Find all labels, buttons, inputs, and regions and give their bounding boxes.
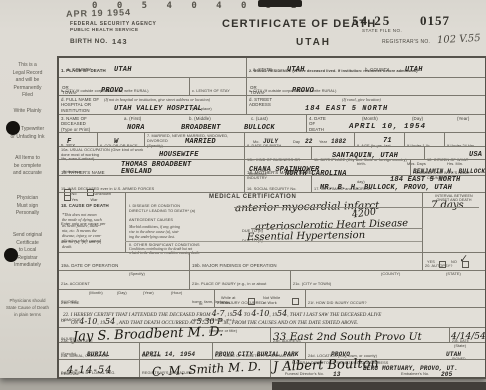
field-sex: 5. SEX F	[59, 132, 97, 146]
certify-text: , 19	[269, 312, 277, 318]
residence-city-value: PROVO	[292, 88, 314, 95]
year-label: (Year)	[457, 116, 469, 121]
certify-hand-lastseen: 4-10	[79, 317, 97, 326]
last-label: c. (Last)	[251, 116, 268, 121]
while-at-work-checkbox	[248, 298, 255, 305]
year-label: Year	[319, 140, 327, 145]
state-label: (State)	[454, 344, 466, 349]
field-burial-type: 24a. BURIAL, CREMATION, REMOVAL (Specify…	[59, 342, 139, 359]
state-title: UTAH	[296, 38, 331, 48]
field-age: 9. AGE (In yrs. last birth- day) 71	[354, 132, 404, 146]
disease-condition-label: I. DISEASE OR CONDITION DIRECTLY LEADING…	[129, 204, 195, 213]
first-name-value: NORA	[127, 125, 145, 132]
ink-smudge	[258, 0, 302, 7]
or-town-label: OR TOWN	[250, 85, 264, 96]
specify-label: (Specify)	[129, 272, 145, 277]
certify-hand-yr2: 54	[277, 309, 287, 318]
county-label: a. COUNTY	[67, 67, 91, 72]
field-note: (If not in hospital or institution, give…	[104, 97, 239, 102]
injury-state-label: (STATE)	[446, 272, 461, 277]
field-ssn: 16. SOCIAL SECURITY No.	[244, 175, 311, 192]
field-label: 21f. HOW DID INJURY OCCUR?	[308, 301, 367, 305]
date-of-death-value: APRIL 10, 1954	[349, 124, 426, 132]
field-date-of-operation: 19a. DATE OF OPERATION	[59, 252, 189, 270]
certificate-paper: 0 0 5 4 0 4 0 5 1 APR 19 1954 FEDERAL SE…	[0, 0, 486, 378]
street-value: 184 EAST 5 NORTH	[305, 106, 388, 113]
rule-line	[251, 228, 423, 229]
field-registrar-signature: REGISTRAR'S SIGNATURE C. M. Smith M. D.	[139, 359, 270, 377]
margin-note-plain-terms: Physicians should State Cause of Death i…	[0, 298, 55, 318]
field-label: 19a. DATE OF OPERATION	[61, 263, 118, 268]
field-date-received: DATE REC'D BY LOCAL REG. 4-14-54	[59, 359, 139, 377]
date-received-stamp: APR 19 1954	[66, 8, 131, 19]
last-name-value: BULLOCK	[244, 125, 275, 132]
middle-name-value: BROADBENT	[181, 125, 221, 132]
birth-year-value: 1882	[331, 139, 346, 145]
or-town-label: OR TOWN	[62, 85, 76, 96]
state-label: a. STATE	[253, 67, 272, 72]
cemetery-value: PROVO CITY BURIAL PARK	[215, 352, 299, 358]
field-street-address: d. STREET ADDRESS (If rural, give locati…	[246, 95, 485, 114]
mo-label: Mo.	[253, 140, 260, 145]
scanned-death-certificate: 0 0 5 4 0 4 0 5 1 APR 19 1954 FEDERAL SE…	[0, 0, 486, 390]
death-city-value: PROVO	[101, 88, 123, 95]
field-time-of-injury: 21d. TIME OF INJURY (Month) (Day) (Year)…	[59, 289, 214, 307]
res-county-label: b. COUNTY	[365, 67, 389, 72]
birth-no-label: BIRTH NO.	[70, 39, 108, 46]
certify-hand-to: 4-10	[251, 309, 269, 318]
field-autopsy: 20. AUTOPSY? YES NO ✓	[422, 252, 485, 270]
specify-label: (Specify)	[61, 352, 76, 356]
fd-no-label: Funeral Director's No.	[285, 372, 324, 377]
margin-note-write-plainly: Write Plainly	[0, 108, 55, 116]
field-accident-suicide-homicide: 21a. ACCIDENT SUICIDE HOMICIDE (Specify)	[59, 270, 189, 289]
field-label: 16. SOCIAL SECURITY No.	[247, 187, 297, 191]
embalmer-no-label: Embalmer's No.	[401, 372, 429, 377]
field-informant: 17. INFORMANT and ADDRESS 184 EAST 5 NOR…	[311, 175, 485, 192]
marital-value: MARRIED	[185, 139, 216, 146]
field-residence-city: c. CITY (If outside corporate limits, wr…	[246, 77, 485, 95]
field-spouse: HUSBAND'S OR WIFE'S NAME BENJAMIN H. BUL…	[410, 159, 485, 175]
field-label: d. STREET ADDRESS	[249, 97, 272, 108]
punch-hole	[6, 121, 20, 135]
hospital-value: UTAH VALLEY HOSPITAL	[114, 106, 202, 113]
birthplace-label: Birthplace	[63, 170, 81, 175]
field-father: 13. FATHER'S NAME THOMAS BROADBENT Birth…	[59, 159, 244, 175]
field-physician-signature: 23a. SIGNATURE (Degree or title) Jay S. …	[59, 327, 270, 342]
race-value: W	[114, 139, 118, 146]
field-cemetery: 24c. NAME OF CEMETERY or CREMATORY PROVO…	[212, 342, 305, 359]
registrar-signature-handwriting: C. M. Smith M. D.	[152, 360, 262, 378]
while-at-work-label: While at Work	[221, 296, 236, 305]
death-county-value: UTAH	[114, 67, 132, 74]
autopsy-no-handmark: ✓	[458, 254, 468, 265]
field-occupation: 10a. USUAL OCCUPATION (Give kind of work…	[59, 146, 244, 159]
field-label: 21c. (CITY or TOWN)	[293, 282, 331, 286]
occupation-value: HOUSEWIFE	[159, 152, 199, 159]
morbid-note: Morbid conditions, if any, giving rise t…	[129, 225, 180, 240]
sex-value: F	[67, 139, 71, 146]
field-usual-residence: 2. USUAL RESIDENCE (Where deceased lived…	[246, 58, 485, 77]
field-deceased-name: 3. NAME OF DECEASED (Type or Print) a. (…	[59, 114, 306, 132]
field-burial-location: 24d. LOCATION (City, town, or county) (S…	[305, 342, 485, 359]
field-label: 2. USUAL RESIDENCE (Where deceased lived…	[249, 69, 418, 73]
not-while-label: Not While at Work	[263, 296, 280, 305]
m-label: m.	[199, 302, 203, 307]
birth-day-value: 22	[305, 139, 313, 145]
injury-county-label: (COUNTY)	[381, 272, 400, 277]
birth-month-value: JULY	[263, 139, 278, 145]
field-date-of-birth: 8. DATE OF BIRTH Mo. JULY Day 22 Year 18…	[244, 132, 354, 146]
date-signed-handwriting: 4/14/54	[451, 333, 486, 342]
certify-text: TO	[244, 312, 250, 318]
embalmer-no-value: 205	[441, 372, 452, 378]
day-label: Day	[293, 140, 300, 145]
field-date-of-death: 4. DATE OF DEATH (Month) (Day) (Year) AP…	[306, 114, 485, 132]
field-death-city: b. CITY (If outside corporate limits, wr…	[59, 77, 189, 95]
middle-label: b. (Middle)	[189, 116, 211, 121]
registrar-no-label: REGISTRAR'S NO.	[382, 40, 430, 45]
autopsy-yes-checkbox	[439, 261, 446, 268]
punch-hole	[4, 248, 18, 262]
autopsy-yes-label: YES	[427, 260, 435, 265]
registrar-no-value: 102 V.55	[437, 34, 481, 46]
field-hospital: d. FULL NAME OF HOSPITAL OR INSTITUTION …	[59, 95, 246, 114]
field-business: 10b. KIND OF BUSINESS OR INDUSTRY	[244, 146, 311, 159]
certify-hand-yr1: 54	[232, 309, 242, 318]
field-place-of-death: 1. PLACE OF DEATH a. COUNTY UTAH	[59, 58, 246, 77]
field-under-1yr: If Under 1 Yr. Mos. Days	[404, 132, 444, 146]
not-while-checkbox	[292, 298, 299, 305]
field-funeral-director: 25. FUNERAL DIRECTOR'S SIGNATURE AND ADD…	[270, 359, 485, 377]
field-label: d. FULL NAME OF HOSPITAL OR INSTITUTION	[61, 97, 99, 113]
field-under-24hrs: If Under 24 Hrs. Hrs. Min.	[444, 132, 485, 146]
field-physician-address: 23b. ADDRESS 33 East 2nd South Provo Ut	[270, 327, 449, 342]
field-race: 6. COLOR OR RACE W	[97, 132, 144, 146]
field-how-injury-occurred: 21f. HOW DID INJURY OCCUR?	[305, 289, 485, 307]
state-file-no-b: 0157	[420, 14, 450, 27]
date-received-handwriting: 4-14-54	[67, 366, 113, 376]
burial-value: BURIAL	[87, 352, 110, 358]
field-label: 4. DATE OF DEATH	[309, 116, 326, 132]
certify-text: , 19	[97, 320, 105, 326]
medical-certification-title: MEDICAL CERTIFICATION	[209, 194, 296, 201]
field-label: 19b. MAJOR FINDINGS OF OPERATION	[192, 263, 277, 268]
interval-a-handwriting: 7 days	[431, 201, 464, 211]
margin-note-physician-sign: Physician Must sign Personally	[0, 195, 55, 218]
agency-line2: PUBLIC HEALTH SERVICE	[70, 27, 139, 33]
burial-state-value: UTAH	[446, 352, 461, 358]
burial-date-value: APRIL 14, 1954	[142, 352, 195, 358]
field-operation-findings: 19b. MAJOR FINDINGS OF OPERATION	[189, 252, 422, 270]
physician-address-handwriting: 33 East 2nd South Provo Ut	[273, 332, 422, 343]
year-label: (Year)	[143, 291, 154, 296]
citizen-value: USA	[469, 152, 482, 159]
informant-address-value: 184 EAST 5 NORTH	[390, 177, 460, 184]
hour-label: (Hour)	[171, 291, 182, 296]
scanner-shadow-bar	[272, 382, 486, 390]
field-armed-forces: 15. WAS DECEASED ever in U.S. ARMED FORC…	[59, 175, 244, 192]
certify-text: .M., FROM THE CAUSES AND ON THE DATE STA…	[223, 320, 359, 326]
residence-county-value: UTAH	[405, 67, 423, 74]
field-certify-statement: 22. I HEREBY CERTIFY THAT I ATTENDED THE…	[59, 307, 485, 327]
age-value: 71	[383, 138, 392, 145]
residence-state-value: UTAH	[287, 67, 305, 74]
state-file-no-a: 54 25	[352, 14, 391, 27]
cause-note-2: *This does not mean the mode of dying, s…	[62, 212, 102, 249]
autopsy-no-label: NO	[451, 260, 457, 265]
field-date-signed: 23c. DATE SIGNED 4/14/54	[449, 327, 485, 342]
certificate-form: 1. PLACE OF DEATH a. COUNTY UTAH 2. USUA…	[57, 56, 486, 379]
field-citizen: 12. CITIZEN OF WHAT COUNTRY USA	[424, 146, 485, 159]
physician-signature-handwriting: Jay S. Broadbent M. D.	[73, 325, 224, 343]
month-label: (Month)	[362, 116, 378, 121]
day-label: (Day)	[412, 116, 423, 121]
field-birthplace: 11. BIRTHPLACE (City and State or foreig…	[311, 146, 424, 159]
antecedent-label: ANTECEDENT CAUSES	[129, 218, 173, 223]
field-burial-date: 24b. DATE APRIL 14, 1954	[139, 342, 212, 359]
certify-text: ON	[71, 320, 78, 326]
state-file-label: STATE FILE NO.	[362, 29, 402, 34]
birth-no-value: 143	[112, 38, 128, 46]
rule-line	[234, 207, 479, 208]
field-injury-city: 21c. (CITY or TOWN) (COUNTY) (STATE)	[290, 270, 485, 289]
field-mother: 14. MOTHER'S MAIDEN NAME CHANA SPAINHOWE…	[244, 159, 410, 175]
certify-hand-yr3: 54	[105, 317, 115, 326]
first-label: a. (First)	[124, 116, 141, 121]
margin-note-all-items: All Items to be complete and accurate	[0, 155, 55, 178]
informant-name-value: MR. B. H. BULLOCK, PROVO, UTAH	[320, 185, 452, 192]
day-label: (Day)	[117, 291, 127, 296]
field-note: (If rural, give location)	[342, 97, 381, 102]
field-marital-status: (Specify) 7. MARRIED, NEVER MARRIED, WID…	[144, 132, 244, 146]
field-place-of-injury: 21b. PLACE OF INJURY (e.g., in or about …	[189, 270, 290, 289]
certify-text: , THAT I LAST SAW THE DECEASED ALIVE	[287, 312, 381, 318]
field-label: 3. NAME OF DECEASED (Type or Print)	[61, 116, 90, 132]
fd-no-value: 13	[333, 372, 341, 378]
field-injury-occurred: 21e. INJURY OCCURRED While at Work Not W…	[214, 289, 305, 307]
margin-note-legal-record: This is a Legal Record and will be Perma…	[0, 62, 55, 100]
field-length-of-stay: c. LENGTH OF STAY (this place)	[189, 77, 246, 95]
month-label: (Month)	[89, 291, 103, 296]
field-cause-of-death-notes: 18. CAUSE OF DEATH Enter only one cause …	[59, 192, 125, 252]
field-label: 18. CAUSE OF DEATH	[61, 203, 109, 208]
